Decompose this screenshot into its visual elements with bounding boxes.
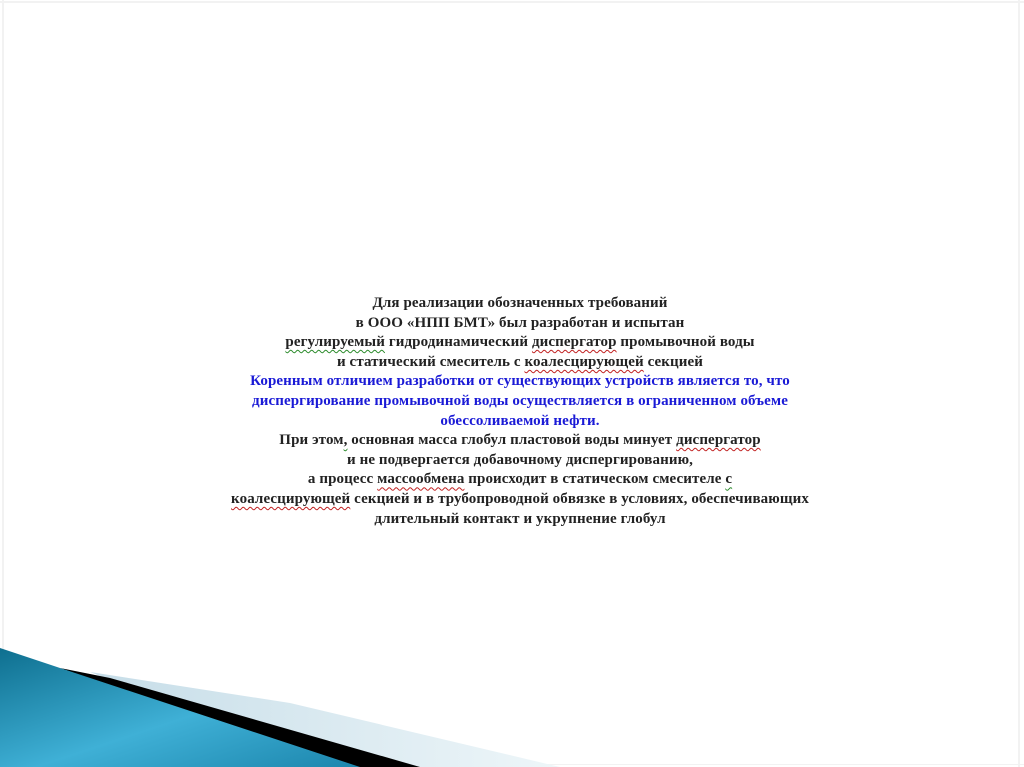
text-line: и не подвергается добавочному диспергиро…	[150, 451, 890, 471]
slide-body-text: Для реализации обозначенных требованийв …	[150, 294, 890, 529]
teal-wedge	[0, 648, 360, 767]
text-segment: и статический смеситель с	[337, 354, 525, 370]
text-segment: диспергирование промывочной воды осущест…	[252, 393, 788, 409]
pale-stripe	[90, 672, 560, 767]
slide-border-top	[0, 1, 1024, 3]
spellcheck-flagged-word[interactable]: коалесцирующей	[524, 354, 643, 370]
text-segment: и не подвергается добавочному диспергиро…	[347, 452, 693, 468]
spellcheck-flagged-word[interactable]: коалесцирующей	[231, 491, 350, 507]
presentation-slide: Для реализации обозначенных требованийв …	[0, 0, 1024, 767]
text-line: в ООО «НПП БМТ» был разработан и испытан	[150, 314, 890, 334]
spellcheck-flagged-word[interactable]: диспергатор	[676, 432, 761, 448]
slide-border-right	[1018, 0, 1020, 767]
text-segment: секцией и в трубопроводной обвязке в усл…	[350, 491, 809, 507]
text-segment: в ООО «НПП БМТ» был разработан и испытан	[356, 315, 685, 331]
text-line: Для реализации обозначенных требований	[150, 294, 890, 314]
text-line: При этом, основная масса глобул пластово…	[150, 431, 890, 451]
text-segment: секцией	[644, 354, 703, 370]
text-segment: основная масса глобул пластовой воды мин…	[347, 432, 676, 448]
text-segment: обессоливаемой нефти.	[440, 413, 599, 429]
text-segment: гидродинамический	[385, 334, 532, 350]
text-segment: Для реализации обозначенных требований	[372, 295, 667, 311]
slide-border-bottom	[0, 764, 1024, 765]
text-segment: При этом	[279, 432, 343, 448]
text-line: регулируемый гидродинамический диспергат…	[150, 333, 890, 353]
text-line: а процесс массообмена происходит в стати…	[150, 470, 890, 490]
spellcheck-flagged-word[interactable]: с	[725, 471, 732, 487]
spellcheck-flagged-word[interactable]: регулируемый	[285, 334, 385, 350]
text-line: диспергирование промывочной воды осущест…	[150, 392, 890, 412]
slide-border-left	[2, 0, 4, 767]
text-segment: длительный контакт и укрупнение глобул	[374, 511, 665, 527]
text-line: Коренным отличием разработки от существу…	[150, 372, 890, 392]
text-line: и статический смеситель с коалесцирующей…	[150, 353, 890, 373]
text-segment: а процесс	[308, 471, 377, 487]
text-segment: происходит в статическом смесителе	[464, 471, 725, 487]
text-segment: промывочной воды	[617, 334, 755, 350]
spellcheck-flagged-word[interactable]: диспергатор	[532, 334, 617, 350]
text-line: обессоливаемой нефти.	[150, 412, 890, 432]
text-line: коалесцирующей секцией и в трубопроводно…	[150, 490, 890, 510]
spellcheck-flagged-word[interactable]: массообмена	[377, 471, 464, 487]
text-segment: Коренным отличием разработки от существу…	[250, 373, 790, 389]
black-stripe	[60, 668, 420, 767]
text-line: длительный контакт и укрупнение глобул	[150, 510, 890, 530]
